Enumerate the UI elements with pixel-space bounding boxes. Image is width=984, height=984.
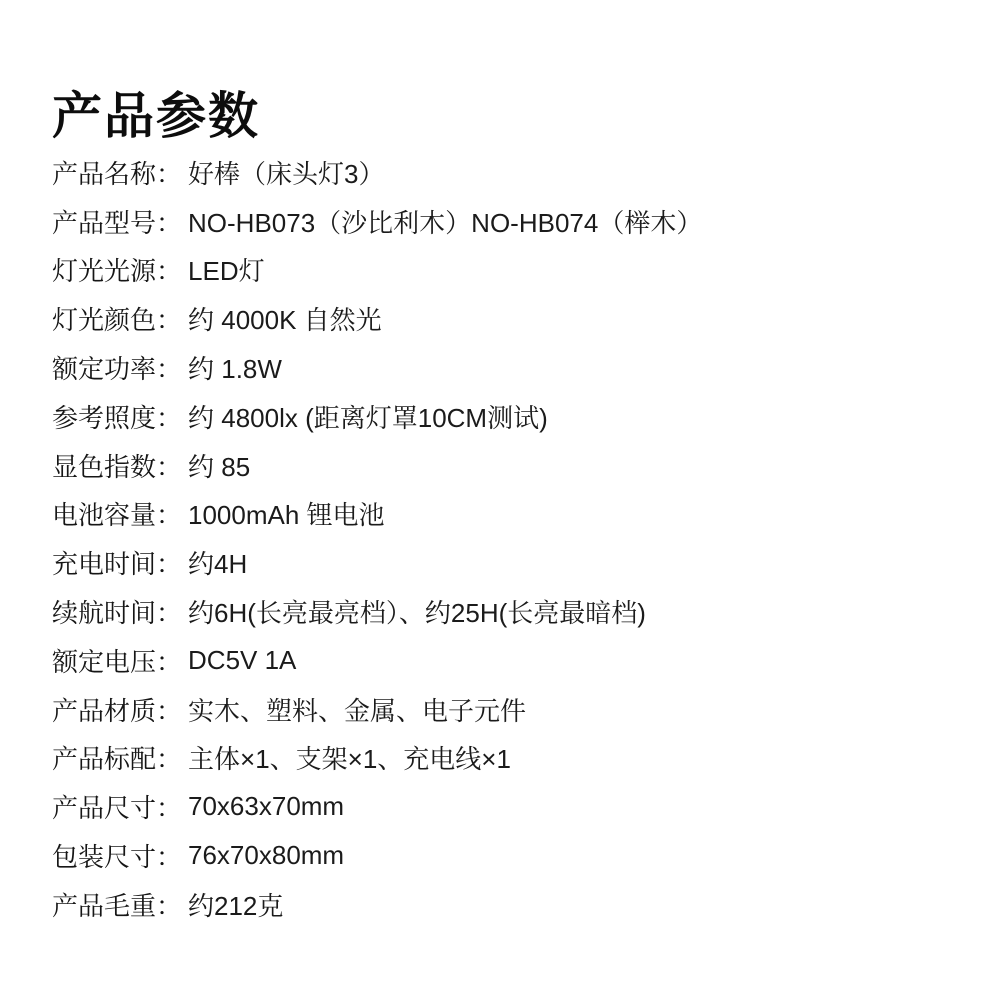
spec-value: 约 1.8W xyxy=(188,349,282,386)
spec-label: 灯光光源： xyxy=(52,251,182,288)
spec-value: DC5V 1A xyxy=(188,645,296,676)
spec-value: 1000mAh 锂电池 xyxy=(188,495,385,532)
spec-label: 产品尺寸： xyxy=(52,788,182,825)
spec-value: 主体×1、支架×1、充电线×1 xyxy=(188,739,511,776)
spec-value: 约 4800lx (距离灯罩10CM测试) xyxy=(188,398,548,435)
spec-row-battery-capacity: 电池容量： 1000mAh 锂电池 xyxy=(52,490,954,539)
spec-label: 续航时间： xyxy=(52,593,182,630)
spec-row-rated-power: 额定功率： 约 1.8W xyxy=(52,343,954,392)
spec-row-package-size: 包装尺寸： 76x70x80mm xyxy=(52,831,954,880)
product-spec-sheet: 产品参数 产品名称： 好棒（床头灯3） 产品型号： NO-HB073（沙比利木）… xyxy=(0,0,984,984)
spec-label: 额定功率： xyxy=(52,349,182,386)
spec-label: 充电时间： xyxy=(52,544,182,581)
spec-value: 约 85 xyxy=(188,447,250,484)
spec-label: 额定电压： xyxy=(52,642,182,679)
spec-label: 产品标配： xyxy=(52,739,182,776)
spec-value: 实木、塑料、金属、电子元件 xyxy=(188,691,526,728)
spec-row-color-rendering-index: 显色指数： 约 85 xyxy=(52,441,954,490)
spec-row-product-name: 产品名称： 好棒（床头灯3） xyxy=(52,148,954,197)
spec-label: 产品毛重： xyxy=(52,886,182,923)
spec-row-charging-time: 充电时间： 约4H xyxy=(52,538,954,587)
spec-value: 约212克 xyxy=(188,886,283,923)
spec-row-battery-life: 续航时间： 约6H(长亮最亮档）、约25H(长亮最暗档) xyxy=(52,587,954,636)
spec-value: 70x63x70mm xyxy=(188,791,344,822)
spec-label: 灯光颜色： xyxy=(52,300,182,337)
spec-label: 产品名称： xyxy=(52,154,182,191)
spec-label: 产品型号： xyxy=(52,203,182,240)
spec-value: LED灯 xyxy=(188,251,265,288)
spec-label: 显色指数： xyxy=(52,447,182,484)
spec-row-rated-voltage: 额定电压： DC5V 1A xyxy=(52,636,954,685)
spec-label: 参考照度： xyxy=(52,398,182,435)
spec-value: 好棒（床头灯3） xyxy=(188,154,384,191)
spec-row-gross-weight: 产品毛重： 约212克 xyxy=(52,880,954,929)
spec-value: 约 4000K 自然光 xyxy=(188,300,382,337)
spec-value: 约6H(长亮最亮档）、约25H(长亮最暗档) xyxy=(188,593,646,630)
spec-row-illuminance: 参考照度： 约 4800lx (距离灯罩10CM测试) xyxy=(52,392,954,441)
spec-label: 电池容量： xyxy=(52,495,182,532)
spec-row-product-size: 产品尺寸： 70x63x70mm xyxy=(52,782,954,831)
spec-value: NO-HB073（沙比利木）NO-HB074（榉木） xyxy=(188,203,702,240)
spec-row-light-color: 灯光颜色： 约 4000K 自然光 xyxy=(52,294,954,343)
spec-label: 产品材质： xyxy=(52,691,182,728)
spec-list: 产品名称： 好棒（床头灯3） 产品型号： NO-HB073（沙比利木）NO-HB… xyxy=(52,148,954,929)
page-title: 产品参数 xyxy=(52,86,260,146)
spec-value: 76x70x80mm xyxy=(188,840,344,871)
spec-row-package-contents: 产品标配： 主体×1、支架×1、充电线×1 xyxy=(52,734,954,783)
spec-row-light-source: 灯光光源： LED灯 xyxy=(52,246,954,295)
spec-row-model-number: 产品型号： NO-HB073（沙比利木）NO-HB074（榉木） xyxy=(52,197,954,246)
spec-row-material: 产品材质： 实木、塑料、金属、电子元件 xyxy=(52,685,954,734)
spec-value: 约4H xyxy=(188,544,247,581)
spec-label: 包装尺寸： xyxy=(52,837,182,874)
